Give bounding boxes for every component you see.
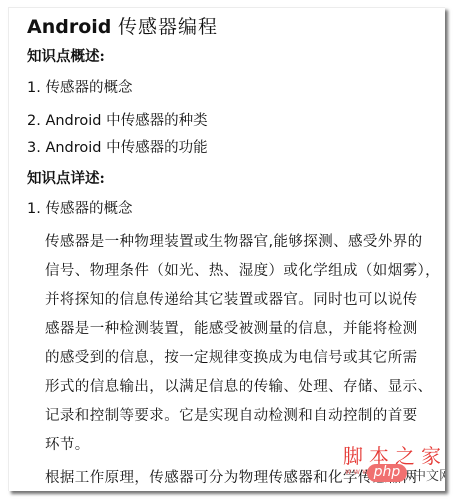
document-page: Android 传感器编程 知识点概述: 1. 传感器的概念 2. Androi… bbox=[8, 7, 445, 491]
overview-item: 2. Android 中传感器的种类 bbox=[27, 109, 208, 130]
overview-item: 3. Android 中传感器的功能 bbox=[27, 136, 208, 157]
paragraph-line: 信号、物理条件（如光、热、湿度）或化学组成（如烟雾）， bbox=[45, 259, 440, 280]
overview-item: 1. 传感器的概念 bbox=[27, 76, 132, 97]
paragraph-line: 并将探知的信息传递给其它装置或器官。同时也可以说传 bbox=[45, 288, 418, 309]
watermark-jb51-text: 脚本之家 bbox=[343, 440, 445, 469]
paragraph-line: 的感受到的信息，按一定规律变换成为电信号或其它所需 bbox=[45, 346, 418, 367]
document-title: Android 传感器编程 bbox=[27, 12, 218, 39]
paragraph-line: 感器是一种检测装置，能感受被测量的信息，并能将检测 bbox=[45, 317, 418, 338]
detail-heading: 知识点详述: bbox=[27, 167, 105, 188]
paragraph-line: 传感器是一种物理装置或生物器官,能够探测、感受外界的 bbox=[45, 230, 423, 251]
overview-heading: 知识点概述: bbox=[27, 45, 105, 66]
paragraph-line: 根据工作原理，传感器可分为物理传感器和化学传感器两 bbox=[45, 466, 418, 487]
paragraph-line: 记录和控制等要求。它是实现自动检测和自动控制的首要 bbox=[45, 404, 418, 425]
title-chinese: 传感器编程 bbox=[118, 16, 218, 38]
detail-item: 1. 传感器的概念 bbox=[27, 197, 132, 218]
paragraph-line: 环节。 bbox=[45, 433, 90, 454]
title-latin: Android bbox=[27, 16, 111, 38]
paragraph-line: 形式的信息输出，以满足信息的传输、处理、存储、显示、 bbox=[45, 375, 432, 396]
